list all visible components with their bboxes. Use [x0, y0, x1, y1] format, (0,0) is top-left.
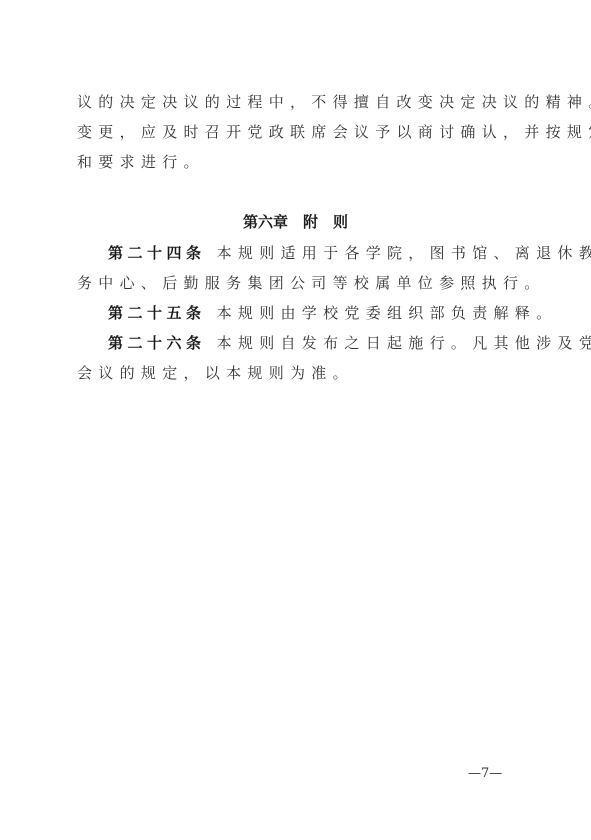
paragraph-continuation-line-2: 变更，应及时召开党政联席会议予以商讨确认，并按规定的程序	[77, 117, 517, 147]
chapter-heading: 第六章 附 则	[0, 207, 591, 237]
article-number: 第二十五条	[108, 304, 206, 322]
document-page: 议的决定决议的过程中，不得擅自改变决定决议的精神。如确需 变更，应及时召开党政联…	[0, 0, 591, 840]
article-24-line-2: 务中心、后勤服务集团公司等校属单位参照执行。	[77, 268, 517, 298]
article-text: 本规则适用于各学院，图书馆、离退休教职工服	[217, 244, 591, 262]
paragraph-continuation-line-1: 议的决定决议的过程中，不得擅自改变决定决议的精神。如确需	[77, 87, 517, 117]
article-text: 本规则由学校党委组织部负责解释。	[217, 304, 558, 322]
article-26: 第二十六条 本规则自发布之日起施行。凡其他涉及党政联席	[108, 328, 548, 358]
article-number: 第二十六条	[108, 334, 206, 352]
article-25: 第二十五条 本规则由学校党委组织部负责解释。	[108, 298, 548, 328]
article-text: 本规则自发布之日起施行。凡其他涉及党政联席	[217, 334, 591, 352]
article-24: 第二十四条 本规则适用于各学院，图书馆、离退休教职工服	[108, 238, 548, 268]
article-26-line-2: 会议的规定，以本规则为准。	[77, 358, 517, 388]
article-number: 第二十四条	[108, 244, 206, 262]
page-number: —7—	[468, 764, 528, 784]
paragraph-continuation-line-3: 和要求进行。	[77, 147, 517, 177]
